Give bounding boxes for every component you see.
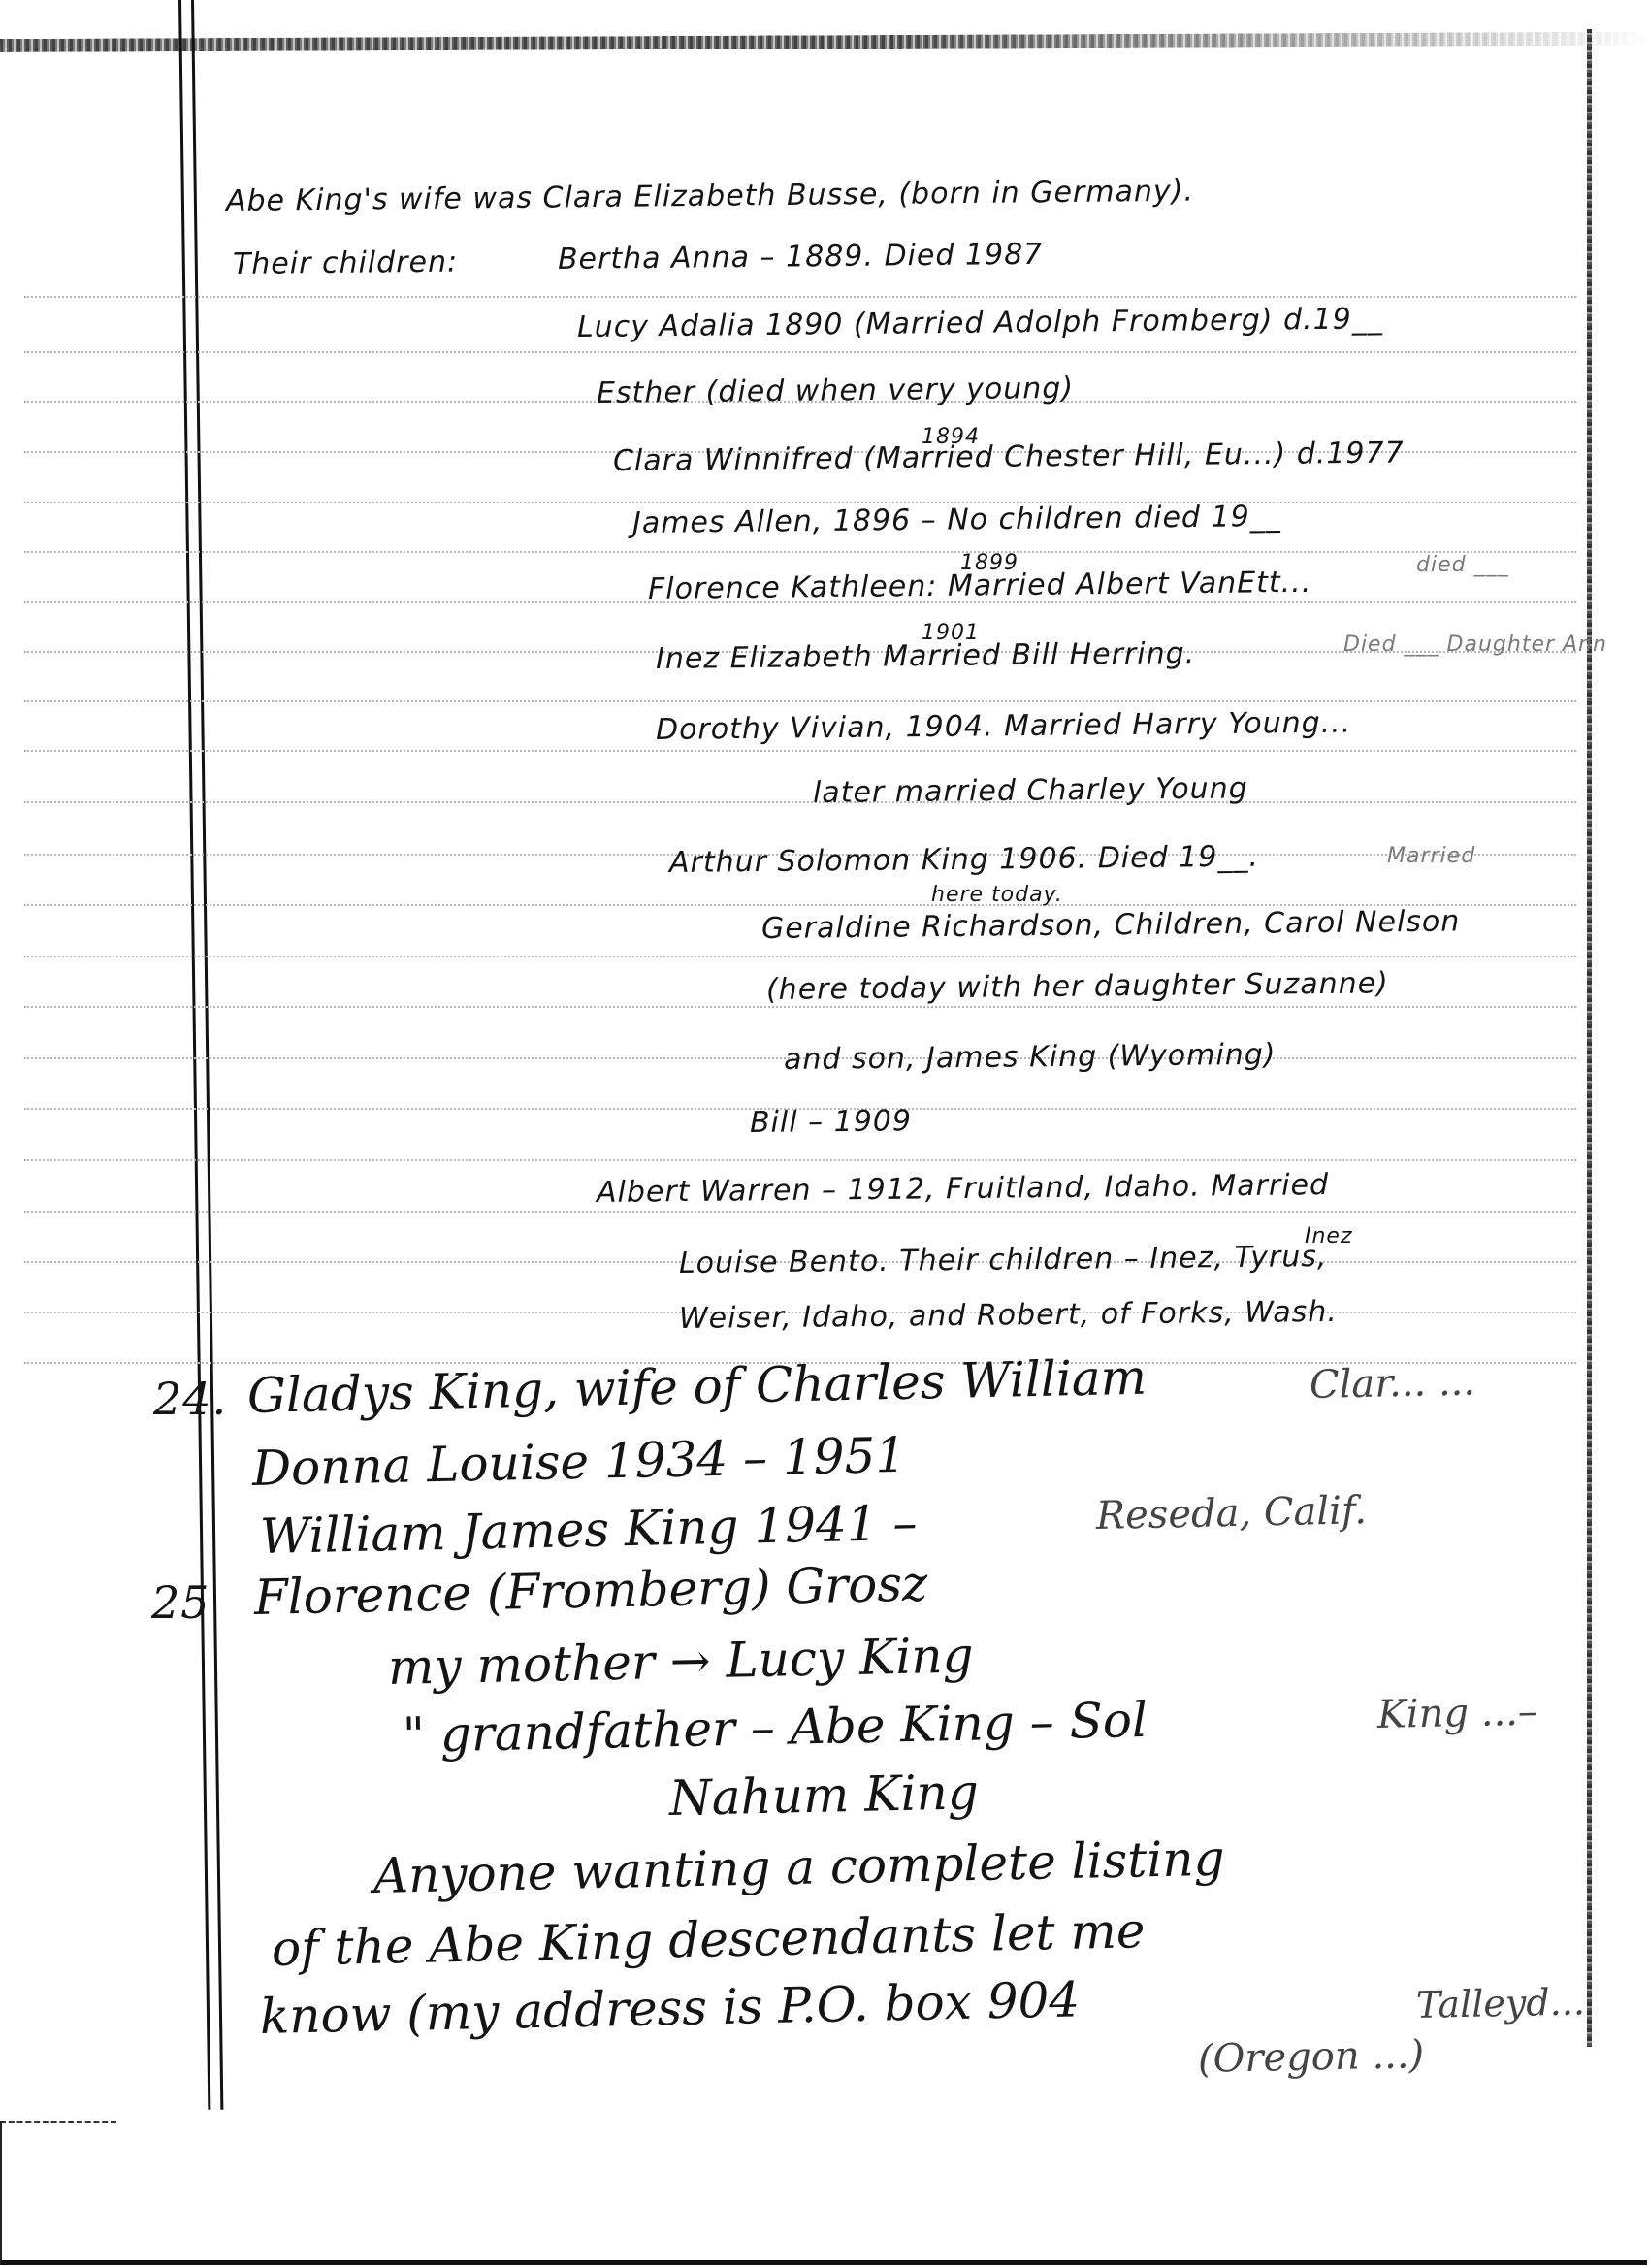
arthur-insert-here-today: here today.: [931, 883, 1063, 907]
closing-faint-tail: Talleyd...: [1416, 1980, 1586, 2026]
scanned-document-page: Abe King's wife was Clara Elizabeth Buss…: [0, 0, 1649, 2268]
child-clara-winnifred: Clara Winnifred (Married Chester Hill, E…: [613, 436, 1405, 478]
entry-25-line-2: my mother → Lucy King: [387, 1627, 974, 1696]
ruled-line: [24, 296, 1576, 298]
entry-25-line-4: Nahum King: [668, 1764, 979, 1827]
closing-line-2: of the Abe King descendants let me: [271, 1902, 1146, 1977]
ruled-line: [24, 351, 1576, 353]
entry-number-25: 25: [151, 1576, 210, 1629]
ruled-line: [24, 1211, 1576, 1213]
child-florence-kathleen: Florence Kathleen: Married Albert VanEtt…: [648, 566, 1312, 606]
child-arthur-solomon-king: Arthur Solomon King 1906. Died 19__.: [669, 840, 1259, 880]
child-lucy-adalia: Lucy Adalia 1890 (Married Adolph Fromber…: [577, 302, 1383, 344]
ruled-line: [24, 551, 1576, 553]
entry-24-side-note-2: Reseda, Calif.: [1096, 1488, 1368, 1539]
child-bertha-anna: Bertha Anna – 1889. Died 1987: [558, 238, 1044, 276]
arthur-spouse-line: Geraldine Richardson, Children, Carol Ne…: [761, 904, 1461, 946]
page-right-edge: [1587, 29, 1592, 2047]
closing-line-1: Anyone wanting a complete listing: [372, 1831, 1225, 1904]
child-james-allen: James Allen, 1896 – No children died 19_…: [632, 500, 1281, 540]
inez-faint-note: Died ___ Daughter Ann: [1343, 632, 1607, 657]
arthur-faint-note: Married: [1387, 844, 1475, 868]
scan-edge-artifact: [0, 32, 1649, 52]
entry-25-line-1: Florence (Fromberg) Grosz: [253, 1555, 927, 1626]
entry-24-line-1: Gladys King, wife of Charles William: [246, 1349, 1147, 1424]
ruled-line: [24, 956, 1576, 957]
albert-detail-1: Weiser, Idaho, and Robert, of Forks, Was…: [679, 1295, 1338, 1336]
entry-24-line-2: Donna Louise 1934 – 1951: [251, 1427, 906, 1497]
child-bill: Bill – 1909: [750, 1104, 912, 1140]
ruled-line: [24, 750, 1576, 752]
ruled-line: [24, 502, 1576, 503]
entry-24-line-3: William James King 1941 –: [259, 1495, 918, 1565]
florence-faint-note: died ___: [1416, 553, 1509, 577]
arthur-detail-2: and son, James King (Wyoming): [784, 1038, 1277, 1077]
child-dorothy-vivian: Dorothy Vivian, 1904. Married Harry Youn…: [656, 705, 1352, 747]
child-esther: Esther (died when very young): [597, 372, 1074, 410]
intro-line: Abe King's wife was Clara Elizabeth Buss…: [226, 175, 1194, 218]
children-label: Their children:: [233, 245, 458, 281]
entry-25-side-note: King ...–: [1377, 1690, 1538, 1737]
entry-25-line-3: " grandfather – Abe King – Sol: [402, 1692, 1148, 1764]
closing-line-4: (Oregon ...): [1198, 2032, 1425, 2082]
child-albert-warren: Albert Warren – 1912, Fruitland, Idaho. …: [597, 1168, 1329, 1210]
scan-lower-frame: [0, 2122, 1647, 2265]
albert-spouse-line: Louise Bento. Their children – Inez, Tyr…: [679, 1240, 1328, 1280]
dorothy-continuation: later married Charley Young: [813, 771, 1248, 810]
closing-line-3: know (my address is P.O. box 904: [259, 1971, 1080, 2045]
ruled-line: [24, 801, 1576, 803]
ruled-line: [24, 1159, 1576, 1161]
arthur-detail-1: (here today with her daughter Suzanne): [766, 966, 1389, 1007]
entry-number-24: 24.: [153, 1373, 227, 1425]
child-inez-elizabeth: Inez Elizabeth Married Bill Herring.: [656, 636, 1196, 676]
ruled-line: [24, 700, 1576, 702]
entry-24-side-note-1: Clar... ...: [1309, 1359, 1476, 1408]
